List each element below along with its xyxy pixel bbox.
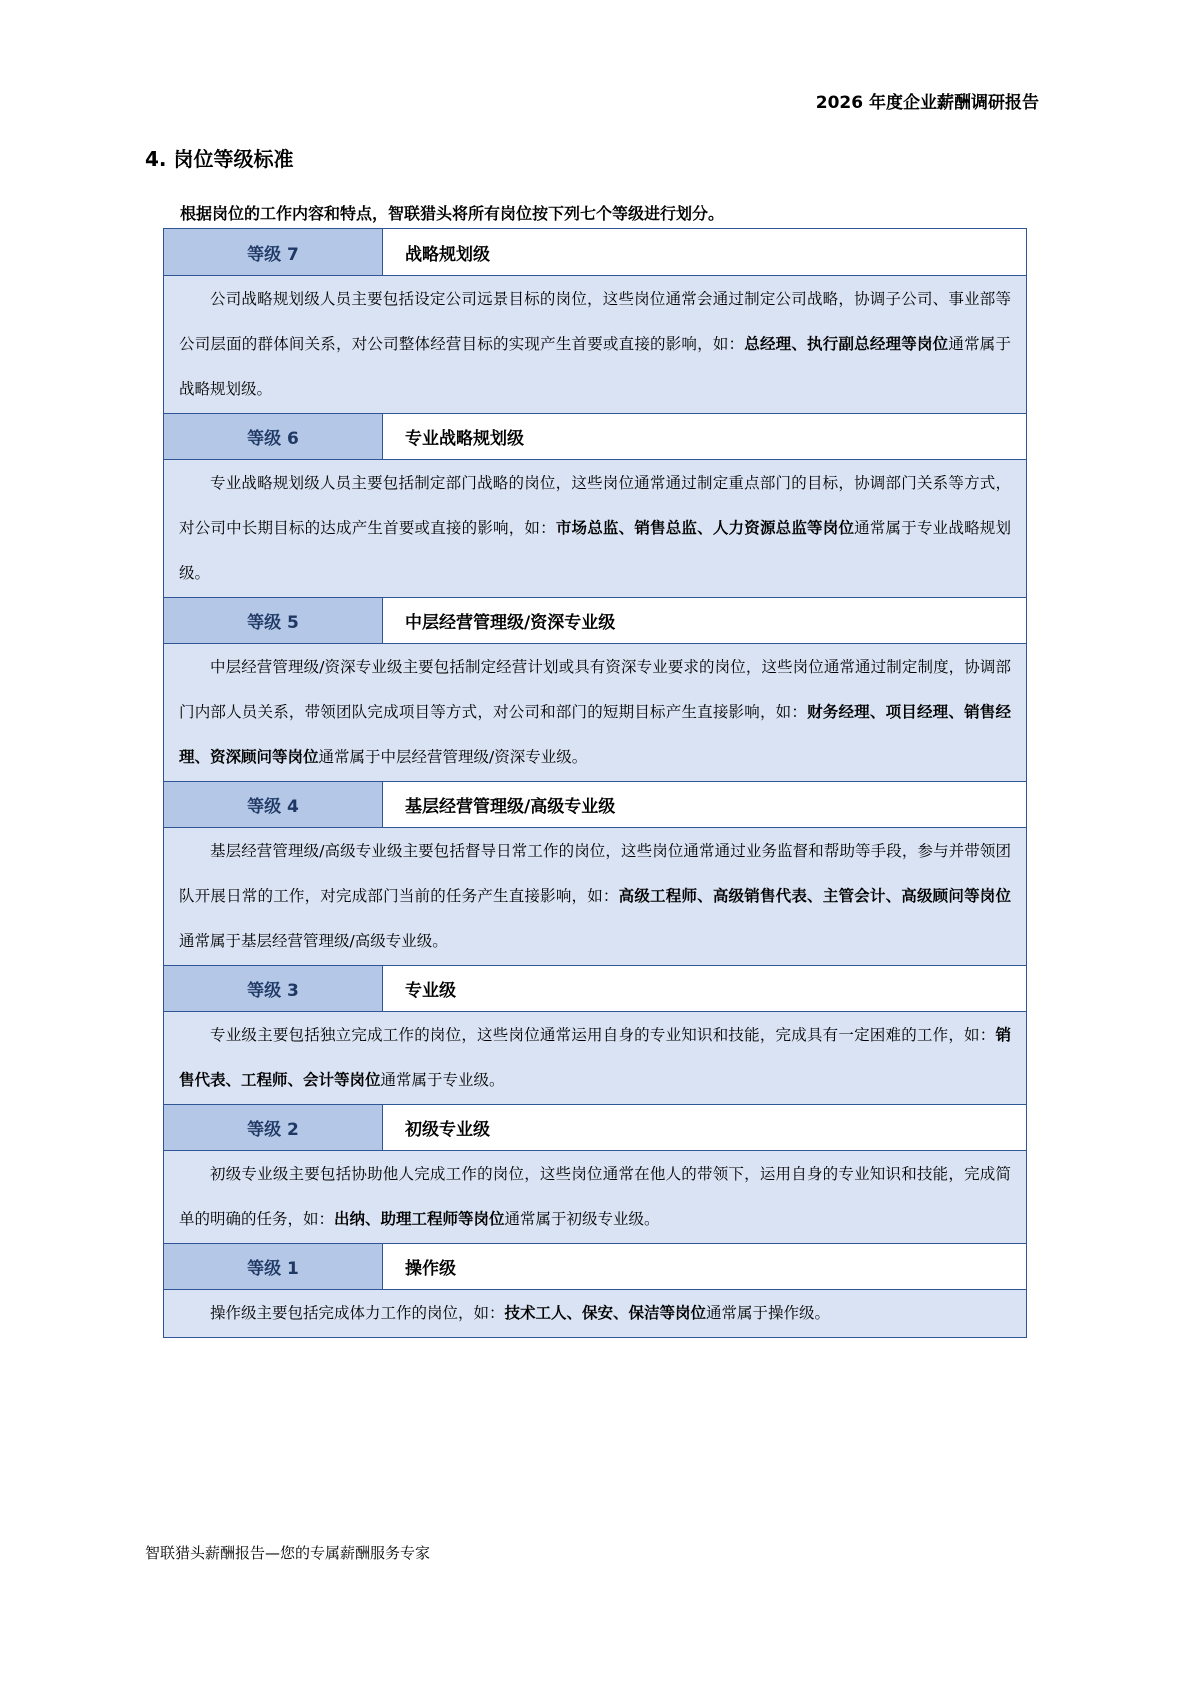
job-examples-bold-text: 市场总监、销售总监、人力资源总监等岗位 xyxy=(556,519,854,537)
page-header: 2026 年度企业薪酬调研报告 xyxy=(0,88,1039,113)
job-examples-bold-text: 高级工程师、高级销售代表、主管会计、高级顾问等岗位 xyxy=(619,887,1011,905)
grade-name: 专业战略规划级 xyxy=(383,414,1026,459)
job-examples-bold-text: 出纳、助理工程师等岗位 xyxy=(334,1210,505,1228)
report-title: 2026 年度企业薪酬调研报告 xyxy=(816,93,1039,113)
grade-label: 等级 3 xyxy=(164,966,383,1011)
job-examples-bold-text: 总经理、执行副总经理等岗位 xyxy=(744,335,948,353)
grade-name: 中层经营管理级/资深专业级 xyxy=(383,598,1026,643)
grade-description: 操作级主要包括完成体力工作的岗位，如：技术工人、保安、保洁等岗位通常属于操作级。 xyxy=(164,1290,1026,1337)
grade-description: 专业战略规划级人员主要包括制定部门战略的岗位，这些岗位通常通过制定重点部门的目标… xyxy=(164,460,1026,597)
description-text: 通常属于基层经营管理级/高级专业级。 xyxy=(179,932,448,950)
job-examples-bold-text: 技术工人、保安、保洁等岗位 xyxy=(505,1304,707,1322)
grade-name: 专业级 xyxy=(383,966,1026,1011)
grade-name: 初级专业级 xyxy=(383,1105,1026,1150)
grade-header-row: 等级 4基层经营管理级/高级专业级 xyxy=(164,781,1026,828)
grade-header-row: 等级 6专业战略规划级 xyxy=(164,413,1026,460)
grade-table: 等级 7战略规划级公司战略规划级人员主要包括设定公司远景目标的岗位，这些岗位通常… xyxy=(163,228,1027,1338)
grade-header-row: 等级 1操作级 xyxy=(164,1243,1026,1290)
grade-header-row: 等级 2初级专业级 xyxy=(164,1104,1026,1151)
grade-name: 基层经营管理级/高级专业级 xyxy=(383,782,1026,827)
description-text: 通常属于专业级。 xyxy=(381,1071,505,1089)
grade-name: 操作级 xyxy=(383,1244,1026,1289)
description-text: 操作级主要包括完成体力工作的岗位，如： xyxy=(210,1304,505,1322)
description-text: 专业级主要包括独立完成工作的岗位，这些岗位通常运用自身的专业知识和技能，完成具有… xyxy=(210,1026,995,1044)
grade-description: 专业级主要包括独立完成工作的岗位，这些岗位通常运用自身的专业知识和技能，完成具有… xyxy=(164,1012,1026,1104)
grade-label: 等级 2 xyxy=(164,1105,383,1150)
grade-label: 等级 5 xyxy=(164,598,383,643)
grade-description: 公司战略规划级人员主要包括设定公司远景目标的岗位，这些岗位通常会通过制定公司战略… xyxy=(164,276,1026,413)
grade-label: 等级 6 xyxy=(164,414,383,459)
grade-description: 基层经营管理级/高级专业级主要包括督导日常工作的岗位，这些岗位通常通过业务监督和… xyxy=(164,828,1026,965)
grade-label: 等级 4 xyxy=(164,782,383,827)
grade-label: 等级 7 xyxy=(164,229,383,275)
grade-header-row: 等级 7战略规划级 xyxy=(164,229,1026,276)
section-title: 4. 岗位等级标准 xyxy=(145,143,293,172)
grade-header-row: 等级 5中层经营管理级/资深专业级 xyxy=(164,597,1026,644)
description-text: 通常属于中层经营管理级/资深专业级。 xyxy=(319,748,588,766)
intro-paragraph: 根据岗位的工作内容和特点，智联猎头将所有岗位按下列七个等级进行划分。 xyxy=(180,201,724,224)
grade-name: 战略规划级 xyxy=(383,229,1026,275)
grade-label: 等级 1 xyxy=(164,1244,383,1289)
description-text: 通常属于操作级。 xyxy=(706,1304,830,1322)
grade-header-row: 等级 3专业级 xyxy=(164,965,1026,1012)
description-text: 通常属于初级专业级。 xyxy=(505,1210,660,1228)
grade-description: 中层经营管理级/资深专业级主要包括制定经营计划或具有资深专业要求的岗位，这些岗位… xyxy=(164,644,1026,781)
page-footer: 智联猎头薪酬报告—您的专属薪酬服务专家 xyxy=(145,1542,430,1563)
grade-description: 初级专业级主要包括协助他人完成工作的岗位，这些岗位通常在他人的带领下，运用自身的… xyxy=(164,1151,1026,1243)
document-page: 2026 年度企业薪酬调研报告 4. 岗位等级标准 根据岗位的工作内容和特点，智… xyxy=(0,0,1191,1684)
